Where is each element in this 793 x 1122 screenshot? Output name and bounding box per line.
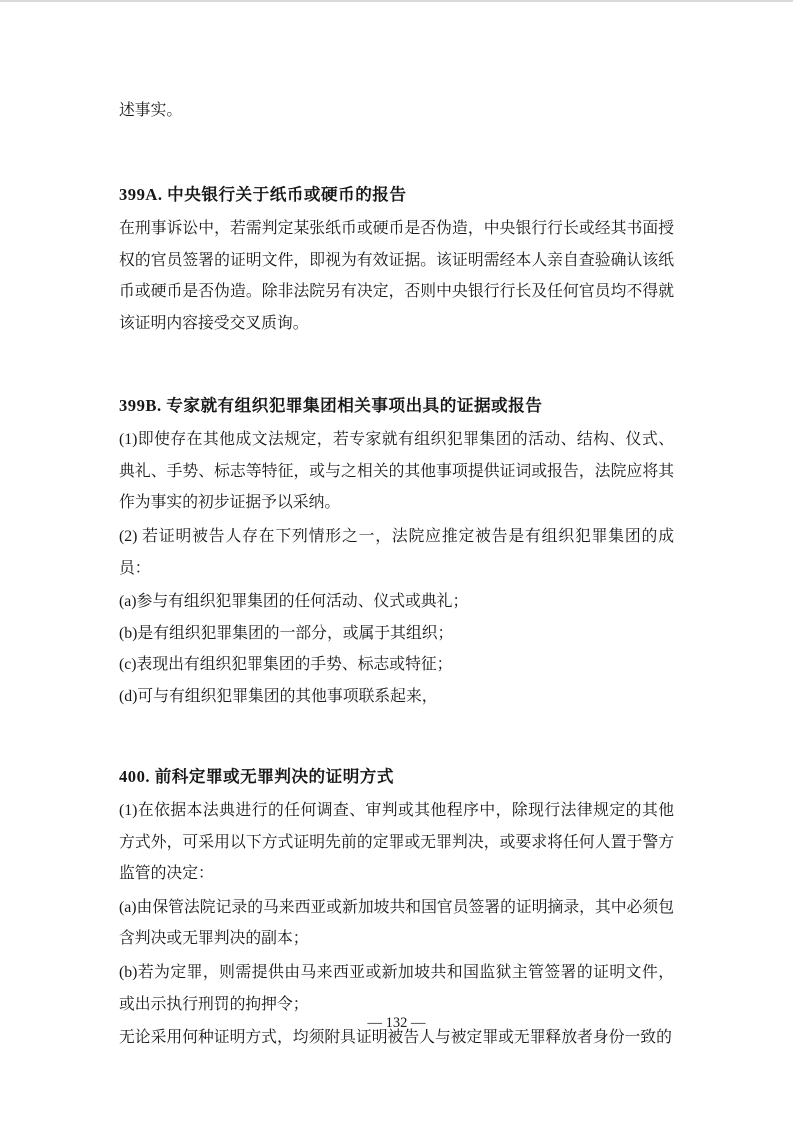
section-399b-paragraph-1: (1)即使存在其他成文法规定，若专家就有组织犯罪集团的活动、结构、仪式、典礼、手…: [119, 424, 674, 519]
section-399b-paragraph-2: (2) 若证明被告人存在下列情形之一，法院应推定被告是有组织犯罪集团的成员：: [119, 521, 674, 584]
section-400-item-b: (b)若为定罪，则需提供由马来西亚或新加坡共和国监狱主管签署的证明文件，或出示执…: [119, 957, 674, 1020]
section-400-item-a: (a)由保管法院记录的马来西亚或新加坡共和国官员签署的证明摘录，其中必须包含判决…: [119, 892, 674, 955]
continuation-line: 述事实。: [119, 95, 674, 127]
page-number: — 132 —: [0, 1013, 793, 1033]
section-399b-item-c: (c)表现出有组织犯罪集团的手势、标志或特征；: [119, 649, 674, 681]
section-399b-item-b: (b)是有组织犯罪集团的一部分，或属于其组织；: [119, 618, 674, 650]
section-heading-400: 400. 前科定罪或无罪判决的证明方式: [119, 761, 674, 793]
section-399b-item-a: (a)参与有组织犯罪集团的任何活动、仪式或典礼；: [119, 586, 674, 618]
section-heading-399a: 399A. 中央银行关于纸币或硬币的报告: [119, 179, 674, 211]
section-heading-399b: 399B. 专家就有组织犯罪集团相关事项出具的证据或报告: [119, 390, 674, 422]
document-page: 述事实。 399A. 中央银行关于纸币或硬币的报告 在刑事诉讼中，若需判定某张纸…: [0, 0, 793, 1122]
section-399a: 399A. 中央银行关于纸币或硬币的报告 在刑事诉讼中，若需判定某张纸币或硬币是…: [119, 179, 674, 340]
section-400-paragraph-1: (1)在依据本法典进行的任何调查、审判或其他程序中，除现行法律规定的其他方式外，…: [119, 795, 674, 890]
section-400: 400. 前科定罪或无罪判决的证明方式 (1)在依据本法典进行的任何调查、审判或…: [119, 761, 674, 1054]
section-399a-paragraph: 在刑事诉讼中，若需判定某张纸币或硬币是否伪造，中央银行行长或经其书面授权的官员签…: [119, 213, 674, 339]
section-399b: 399B. 专家就有组织犯罪集团相关事项出具的证据或报告 (1)即使存在其他成文…: [119, 390, 674, 713]
section-399b-item-d: (d)可与有组织犯罪集团的其他事项联系起来，: [119, 681, 674, 713]
